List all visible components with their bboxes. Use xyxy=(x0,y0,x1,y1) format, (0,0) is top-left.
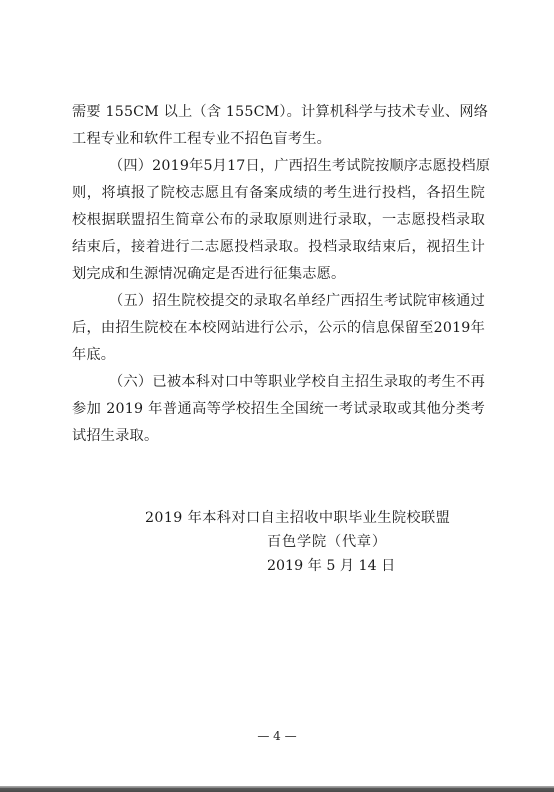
text-line: 参加 2019 年普通高等学校招生全国统一考试录取或其他分类考 xyxy=(72,396,485,423)
signature-date: 2019 年 5 月 14 日 xyxy=(267,553,395,580)
text-line: 后，由招生院校在本校网站进行公示，公示的信息保留至2019年 xyxy=(72,315,485,342)
document-page: 需要 155CM 以上（含 155CM）。计算机科学与技术专业、网络 工程专业和… xyxy=(0,0,554,787)
viewer-bottom-edge xyxy=(0,786,554,792)
signature-organization: 2019 年本科对口自主招收中职毕业生院校联盟 xyxy=(145,505,450,532)
text-line: 则，将填报了院校志愿且有备案成绩的考生进行投档，各招生院 xyxy=(72,180,485,207)
text-line: 试招生录取。 xyxy=(72,423,485,450)
text-line: 需要 155CM 以上（含 155CM）。计算机科学与技术专业、网络 xyxy=(72,99,485,126)
paragraph-item-6-start: （六）已被本科对口中等职业学校自主招生录取的考生不再 xyxy=(72,369,485,396)
text-line: 校根据联盟招生简章公布的录取原则进行录取，一志愿投档录取 xyxy=(72,207,485,234)
text-line: 划完成和生源情况确定是否进行征集志愿。 xyxy=(72,261,485,288)
paragraph-item-4-start: （四）2019年5月17日，广西招生考试院按顺序志愿投档原 xyxy=(72,153,485,180)
signature-stamp-note: 百色学院（代章） xyxy=(267,529,387,556)
paragraph-item-5-start: （五）招生院校提交的录取名单经广西招生考试院审核通过 xyxy=(72,288,485,315)
page-number: — 4 — xyxy=(0,728,554,744)
text-line: 结束后，接着进行二志愿投档录取。投档录取结束后，视招生计 xyxy=(72,234,485,261)
text-line: 年底。 xyxy=(72,342,485,369)
document-body: 需要 155CM 以上（含 155CM）。计算机科学与技术专业、网络 工程专业和… xyxy=(72,99,485,450)
text-line: 工程专业和软件工程专业不招色盲考生。 xyxy=(72,126,485,153)
